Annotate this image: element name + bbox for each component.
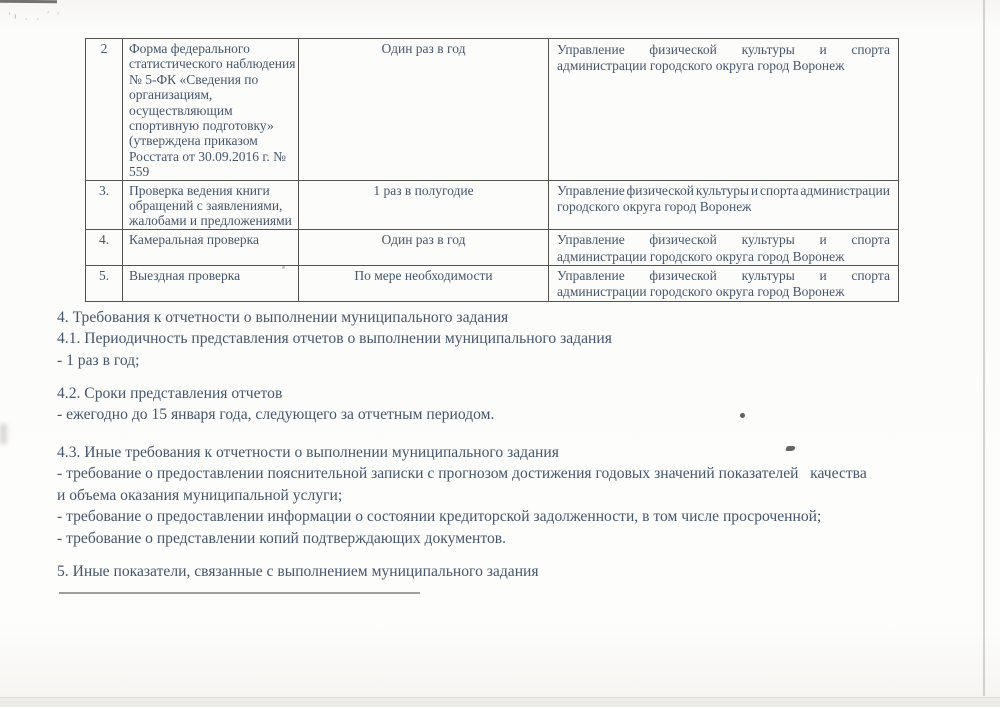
control-form-cell: Выездная проверка <box>123 265 299 301</box>
table-row: 2 Форма федеральногостатистического набл… <box>86 39 899 181</box>
control-form-cell: Форма федеральногостатистического наблюд… <box>123 39 299 181</box>
row-number-cell: 5. <box>86 265 123 301</box>
periodicity-cell: Один раз в год <box>299 229 549 265</box>
authority-cell: Управлениефизическойкультурыиспортаадмин… <box>549 39 899 181</box>
section-4-reporting-requirements: 4. Требования к отчетности о выполнении … <box>57 307 952 371</box>
scan-smudge <box>0 424 7 444</box>
scanner-edge-mark <box>0 0 57 3</box>
fill-in-blank-line <box>59 592 420 594</box>
pencil-scribble-marks: ʼı ˏ ͵ ʹ ᶜ <box>8 7 98 20</box>
periodicity-cell: 1 раз в полугодие <box>299 180 549 229</box>
table-row: 4. Камеральная проверка Один раз в год У… <box>86 229 899 265</box>
authority-cell: Управлениефизическойкультурыиспортаадмин… <box>549 229 899 265</box>
control-form-cell: Проверка ведения книгиобращений с заявле… <box>123 180 299 229</box>
control-form-cell: Камеральная проверка <box>123 229 299 265</box>
scanned-document-page: ʼı ˏ ͵ ʹ ᶜ 2 Форма федеральногостатистич… <box>0 0 1000 707</box>
periodicity-cell: По мере необходимости <box>299 265 549 301</box>
authority-cell: Управлениефизическойкультурыиспортаадмин… <box>549 265 899 301</box>
section-4-3-other-requirements: 4.3. Иные требования к отчетности о выпо… <box>57 442 952 549</box>
row-number-cell: 4. <box>86 229 123 265</box>
authority-cell: Управлениефизическойкультурыиспортаадмин… <box>549 180 899 229</box>
page-edge-shadow-bottom <box>0 697 1000 707</box>
control-schedule-table: 2 Форма федеральногостатистического набл… <box>85 38 899 302</box>
periodicity-cell: Один раз в год <box>299 39 549 181</box>
page-edge-shadow-right <box>983 0 985 696</box>
row-number-cell: 3. <box>86 180 123 229</box>
section-4-2-report-deadlines: 4.2. Сроки представления отчетов- ежегод… <box>57 383 952 426</box>
section-5-other-indicators: 5. Иные показатели, связанные с выполнен… <box>57 561 952 582</box>
table-row: 5. Выездная проверка По мере необходимос… <box>86 265 899 301</box>
row-number-cell: 2 <box>86 39 123 181</box>
table-row: 3. Проверка ведения книгиобращений с зая… <box>86 180 899 229</box>
